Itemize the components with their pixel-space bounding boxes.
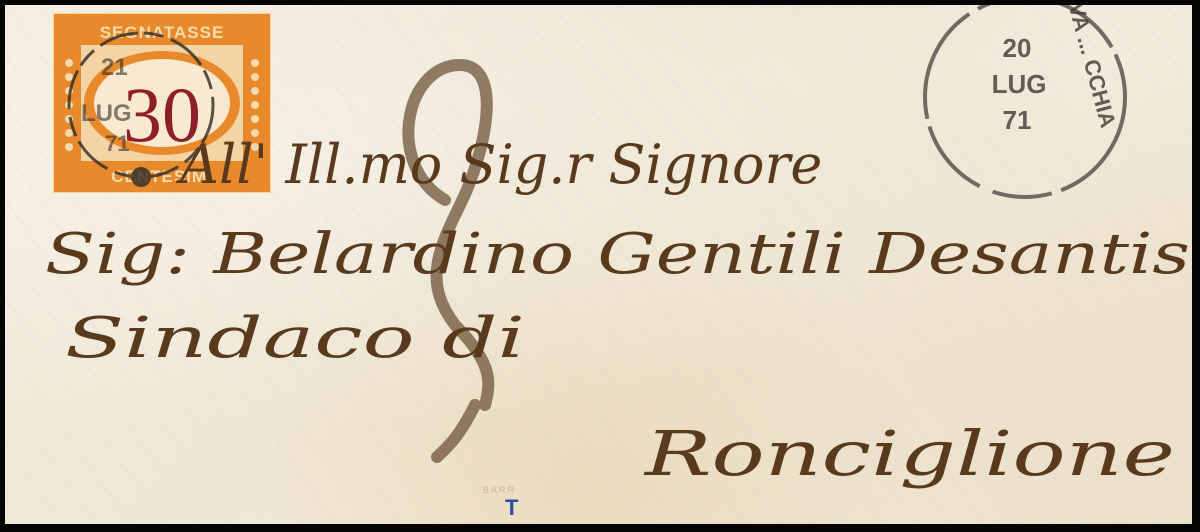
cancel-day: 21 [101,54,128,81]
cancel-year: 71 [105,131,129,156]
postmark-day: 20 [1003,33,1032,63]
stamp-top-label: SEGNATASSE [100,23,225,42]
cover-artwork: SEGNATASSE CENTESIMI 30 21 LUG 71 20 LUG… [5,5,1192,524]
tax-letter-mark: T [505,495,518,521]
faint-marking: BARR [483,485,516,495]
postmark-month: LUG [992,69,1047,99]
address-line-3: Sindaco di [65,306,525,371]
address-line-2: Sig: Belardino Gentili Desantis [45,222,1190,287]
address-line-1: All' Ill.mo Sig.r Signore [175,133,822,196]
address-line-4: Ronciglione [644,417,1175,490]
cancel-month: LUG [81,100,132,127]
postmark-year: 71 [1003,105,1032,135]
postal-cover: SEGNATASSE CENTESIMI 30 21 LUG 71 20 LUG… [5,5,1192,524]
